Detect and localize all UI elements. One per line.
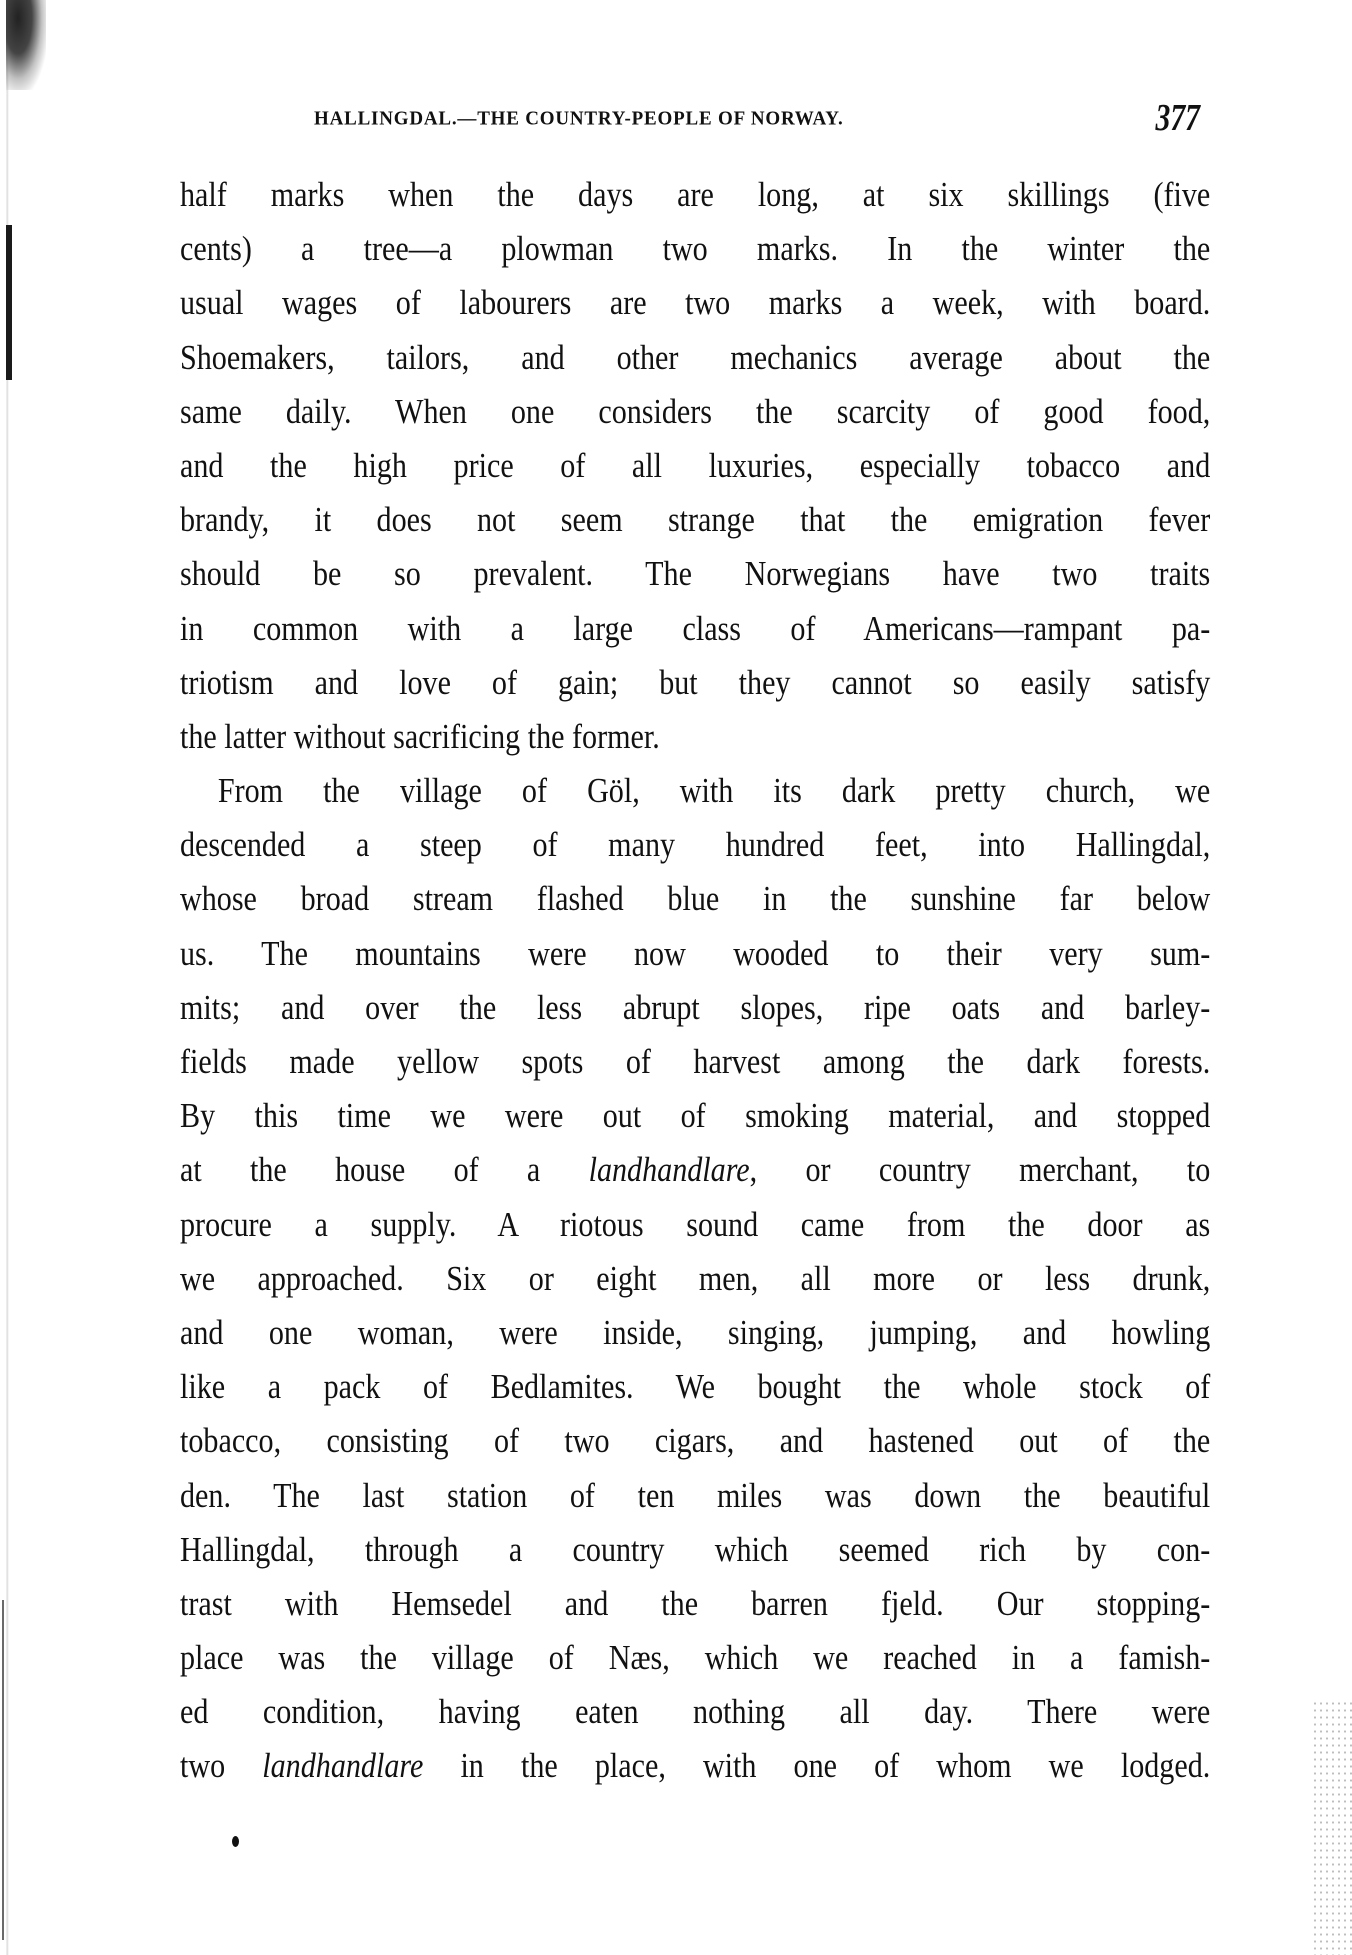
text-line: procure a supply. A riotous sound came f… — [180, 1198, 1210, 1252]
text-line: like a pack of Bedlamites. We bought the… — [180, 1360, 1210, 1414]
text-line: Hallingdal, through a country which seem… — [180, 1523, 1210, 1577]
text-line: tobacco, consisting of two cigars, and h… — [180, 1414, 1210, 1468]
text-line: the latter without sacrificing the forme… — [180, 710, 1210, 764]
italic-term: landhandlare — [262, 1746, 423, 1785]
italic-term: landhandlare — [589, 1150, 750, 1189]
text-line: should be so prevalent. The Norwegians h… — [180, 547, 1210, 601]
scan-edge-line — [2, 1600, 4, 1940]
text-line: half marks when the days are long, at si… — [180, 168, 1210, 222]
text-line: and the high price of all luxuries, espe… — [180, 439, 1210, 493]
text-line: us. The mountains were now wooded to the… — [180, 927, 1210, 981]
scan-edge-mark — [6, 225, 12, 380]
text-line: triotism and love of gain; but they cann… — [180, 656, 1210, 710]
text-line: brandy, it does not seem strange that th… — [180, 493, 1210, 547]
text-run: at the house of a — [180, 1150, 589, 1189]
text-line: ed condition, having eaten nothing all d… — [180, 1685, 1210, 1739]
text-run: , or country merchant, to — [750, 1150, 1211, 1189]
text-line: fields made yellow spots of harvest amon… — [180, 1035, 1210, 1089]
text-line: whose broad stream flashed blue in the s… — [180, 872, 1210, 926]
text-line: mits; and over the less abrupt slopes, r… — [180, 981, 1210, 1035]
text-run: in the place, with one of whom we lodged… — [423, 1746, 1210, 1785]
text-line: we approached. Six or eight men, all mor… — [180, 1252, 1210, 1306]
text-line: Shoemakers, tailors, and other mechanics… — [180, 331, 1210, 385]
text-line: and one woman, were inside, singing, jum… — [180, 1306, 1210, 1360]
page-number: 377 — [1156, 96, 1200, 140]
text-line: usual wages of labourers are two marks a… — [180, 276, 1210, 330]
text-line: same daily. When one considers the scarc… — [180, 385, 1210, 439]
scan-speckle — [1312, 1700, 1352, 1955]
body-text: half marks when the days are long, at si… — [180, 168, 1210, 1794]
text-line: place was the village of Næs, which we r… — [180, 1631, 1210, 1685]
running-title: HALLINGDAL.—THE COUNTRY-PEOPLE OF NORWAY… — [314, 107, 844, 131]
text-line: descended a steep of many hundred feet, … — [180, 818, 1210, 872]
text-line: at the house of a landhandlare, or count… — [180, 1143, 1210, 1197]
text-line: in common with a large class of American… — [180, 602, 1210, 656]
text-run: two — [180, 1746, 262, 1785]
text-line: cents) a tree—a plowman two marks. In th… — [180, 222, 1210, 276]
text-line: den. The last station of ten miles was d… — [180, 1469, 1210, 1523]
text-line: two landhandlare in the place, with one … — [180, 1739, 1210, 1793]
ink-spot — [232, 1836, 239, 1847]
text-line: From the village of Göl, with its dark p… — [180, 764, 1210, 818]
text-line: By this time we were out of smoking mate… — [180, 1089, 1210, 1143]
text-line: trast with Hemsedel and the barren fjeld… — [180, 1577, 1210, 1631]
scan-smudge — [6, 0, 46, 90]
running-head: HALLINGDAL.—THE COUNTRY-PEOPLE OF NORWAY… — [314, 104, 1214, 144]
